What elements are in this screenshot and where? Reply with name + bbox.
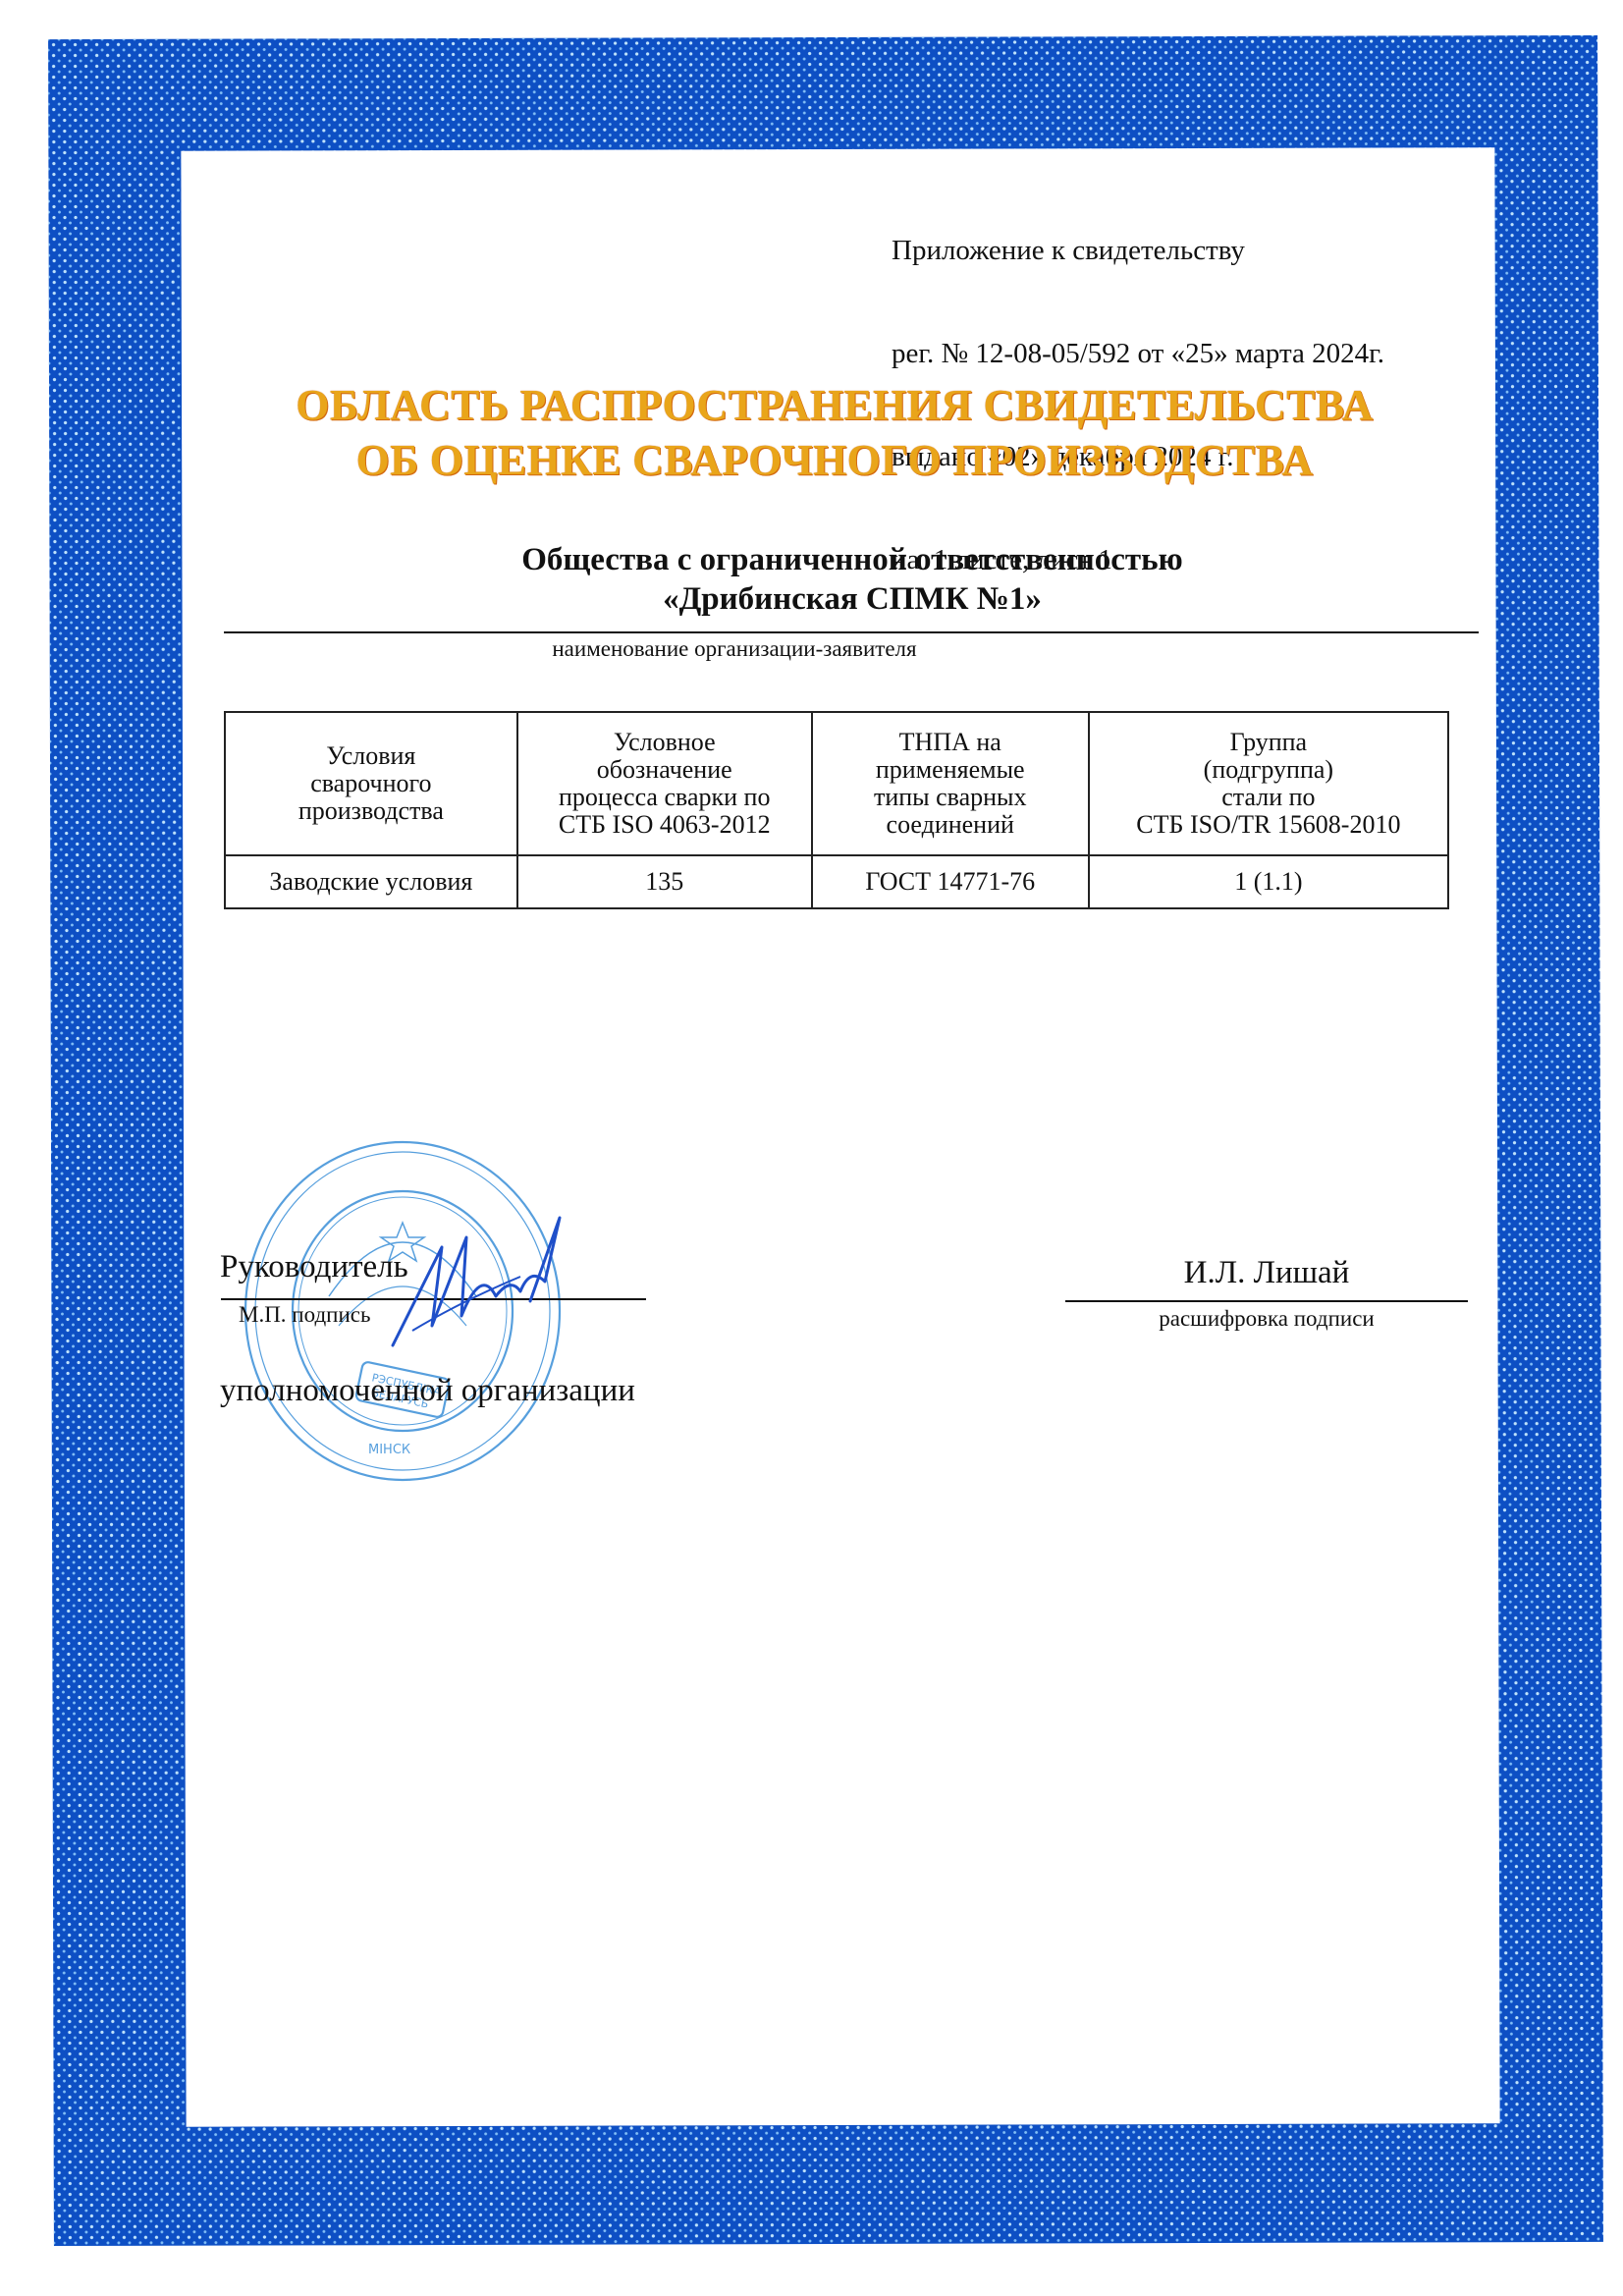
header-text: Группа(подгруппа)стали поСТБ ISO/TR 1560… xyxy=(1136,728,1400,839)
header-text: Условиясварочногопроизводства xyxy=(298,741,444,825)
header-text: ТНПА наприменяемыетипы сварныхсоединений xyxy=(874,728,1027,839)
organization-caption: наименование организации-заявителя xyxy=(224,636,1245,662)
cell-conditions: Заводские условия xyxy=(225,855,517,908)
organization-name: Общества с ограниченной ответственностью… xyxy=(224,540,1481,619)
appendix-line: рег. № 12-08-05/592 от «25» марта 2024г. xyxy=(892,337,1384,371)
table-row: Заводские условия 135 ГОСТ 14771-76 1 (1… xyxy=(225,855,1448,908)
signatory-name: И.Л. Лишай xyxy=(1065,1255,1468,1291)
appendix-line: Приложение к свидетельству xyxy=(892,234,1384,268)
signature-caption: М.П. подпись xyxy=(239,1302,370,1328)
document-title: ОБЛАСТЬ РАСПРОСТРАНЕНИЯ СВИДЕТЕЛЬСТВА ОБ… xyxy=(196,378,1473,488)
organization-line: Общества с ограниченной ответственностью xyxy=(224,540,1481,579)
name-caption: расшифровка подписи xyxy=(1065,1306,1468,1332)
header-text: Условноеобозначениепроцесса сварки поСТБ… xyxy=(559,728,771,839)
table-header-row: Условиясварочногопроизводства Условноеоб… xyxy=(225,712,1448,855)
cell-steel-group: 1 (1.1) xyxy=(1089,855,1448,908)
title-line: ОБ ОЦЕНКЕ СВАРОЧНОГО ПРОИЗВОДСТВА xyxy=(196,433,1473,488)
header-standards: ТНПА наприменяемыетипы сварныхсоединений xyxy=(812,712,1089,855)
header-welding-conditions: Условиясварочногопроизводства xyxy=(225,712,517,855)
handwritten-signature-icon xyxy=(373,1208,569,1355)
title-line: ОБЛАСТЬ РАСПРОСТРАНЕНИЯ СВИДЕТЕЛЬСТВА xyxy=(196,378,1473,433)
cell-process: 135 xyxy=(517,855,812,908)
scope-table: Условиясварочногопроизводства Условноеоб… xyxy=(224,711,1449,909)
name-underline xyxy=(1065,1300,1468,1302)
header-process-designation: Условноеобозначениепроцесса сварки поСТБ… xyxy=(517,712,812,855)
cell-standard: ГОСТ 14771-76 xyxy=(812,855,1089,908)
role-line: уполномоченной организации xyxy=(220,1370,635,1411)
header-steel-group: Группа(подгруппа)стали поСТБ ISO/TR 1560… xyxy=(1089,712,1448,855)
organization-line: «Дрибинская СПМК №1» xyxy=(224,579,1481,619)
organization-underline xyxy=(224,631,1479,633)
